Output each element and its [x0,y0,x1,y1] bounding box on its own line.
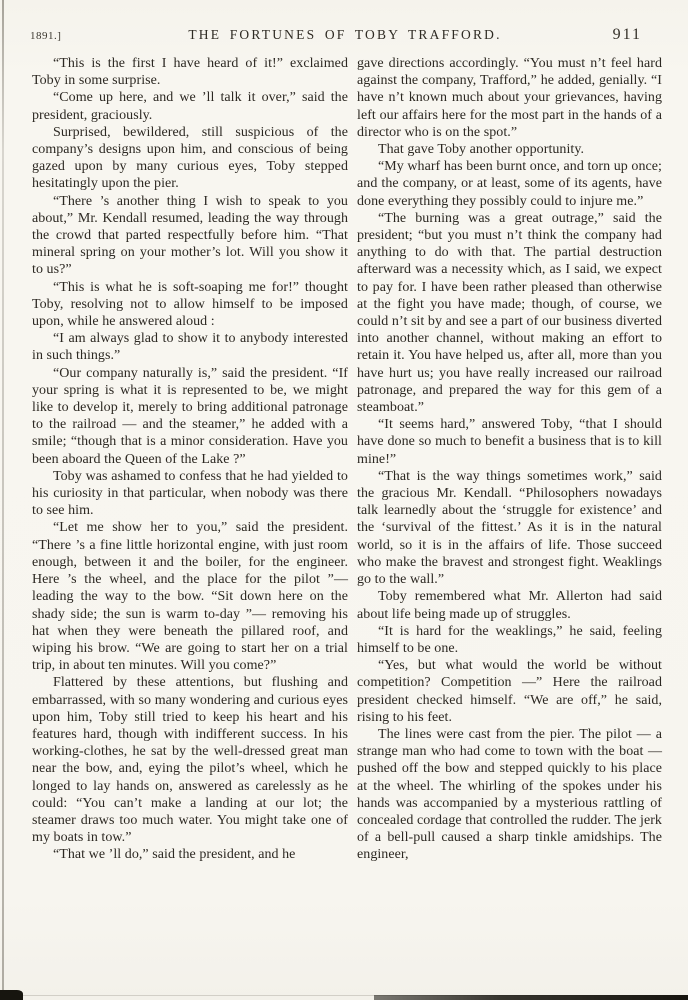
paragraph: “The burning was a great outrage,” said … [357,210,662,416]
paragraph: gave directions accordingly. “You must n… [357,55,662,141]
page-number: 911 [550,26,660,44]
paragraph: “There ’s another thing I wish to speak … [32,193,348,279]
paragraph: Toby remembered what Mr. Allerton had sa… [357,588,662,622]
paragraph: “This is what he is soft-soaping me for!… [32,279,348,331]
book-page-scan: 1891.] THE FORTUNES OF TOBY TRAFFORD. 91… [0,0,688,1000]
page-title: THE FORTUNES OF TOBY TRAFFORD. [140,27,550,43]
paragraph: “It seems hard,” answered Toby, “that I … [357,416,662,468]
right-column: gave directions accordingly. “You must n… [357,55,662,864]
paragraph: “Let me show her to you,” said the presi… [32,519,348,674]
paragraph: The lines were cast from the pier. The p… [357,726,662,864]
paragraph: “It is hard for the weaklings,” he said,… [357,623,662,657]
header-date: 1891.] [30,30,140,42]
scan-artifact-bottom-right [374,995,688,1000]
paragraph: “That is the way things sometimes work,”… [357,468,662,588]
paragraph: “Yes, but what would the world be withou… [357,657,662,726]
paragraph: That gave Toby another opportunity. [357,141,662,158]
two-column-text: “This is the first I have heard of it!” … [32,55,662,864]
running-head: 1891.] THE FORTUNES OF TOBY TRAFFORD. 91… [30,26,660,44]
paragraph: Toby was ashamed to confess that he had … [32,468,348,520]
scan-gutter-shadow [2,0,4,1000]
scan-artifact-bottom-left [0,990,23,1000]
paragraph: “Come up here, and we ’ll talk it over,”… [32,89,348,123]
paragraph: “That we ’ll do,” said the president, an… [32,846,348,863]
paragraph: “Our company naturally is,” said the pre… [32,365,348,468]
paragraph: “My wharf has been burnt once, and torn … [357,158,662,210]
paragraph: Surprised, bewildered, still suspicious … [32,124,348,193]
left-column: “This is the first I have heard of it!” … [32,55,348,864]
paragraph: “This is the first I have heard of it!” … [32,55,348,89]
paragraph: Flattered by these attentions, but flush… [32,674,348,846]
paragraph: “I am always glad to show it to anybody … [32,330,348,364]
